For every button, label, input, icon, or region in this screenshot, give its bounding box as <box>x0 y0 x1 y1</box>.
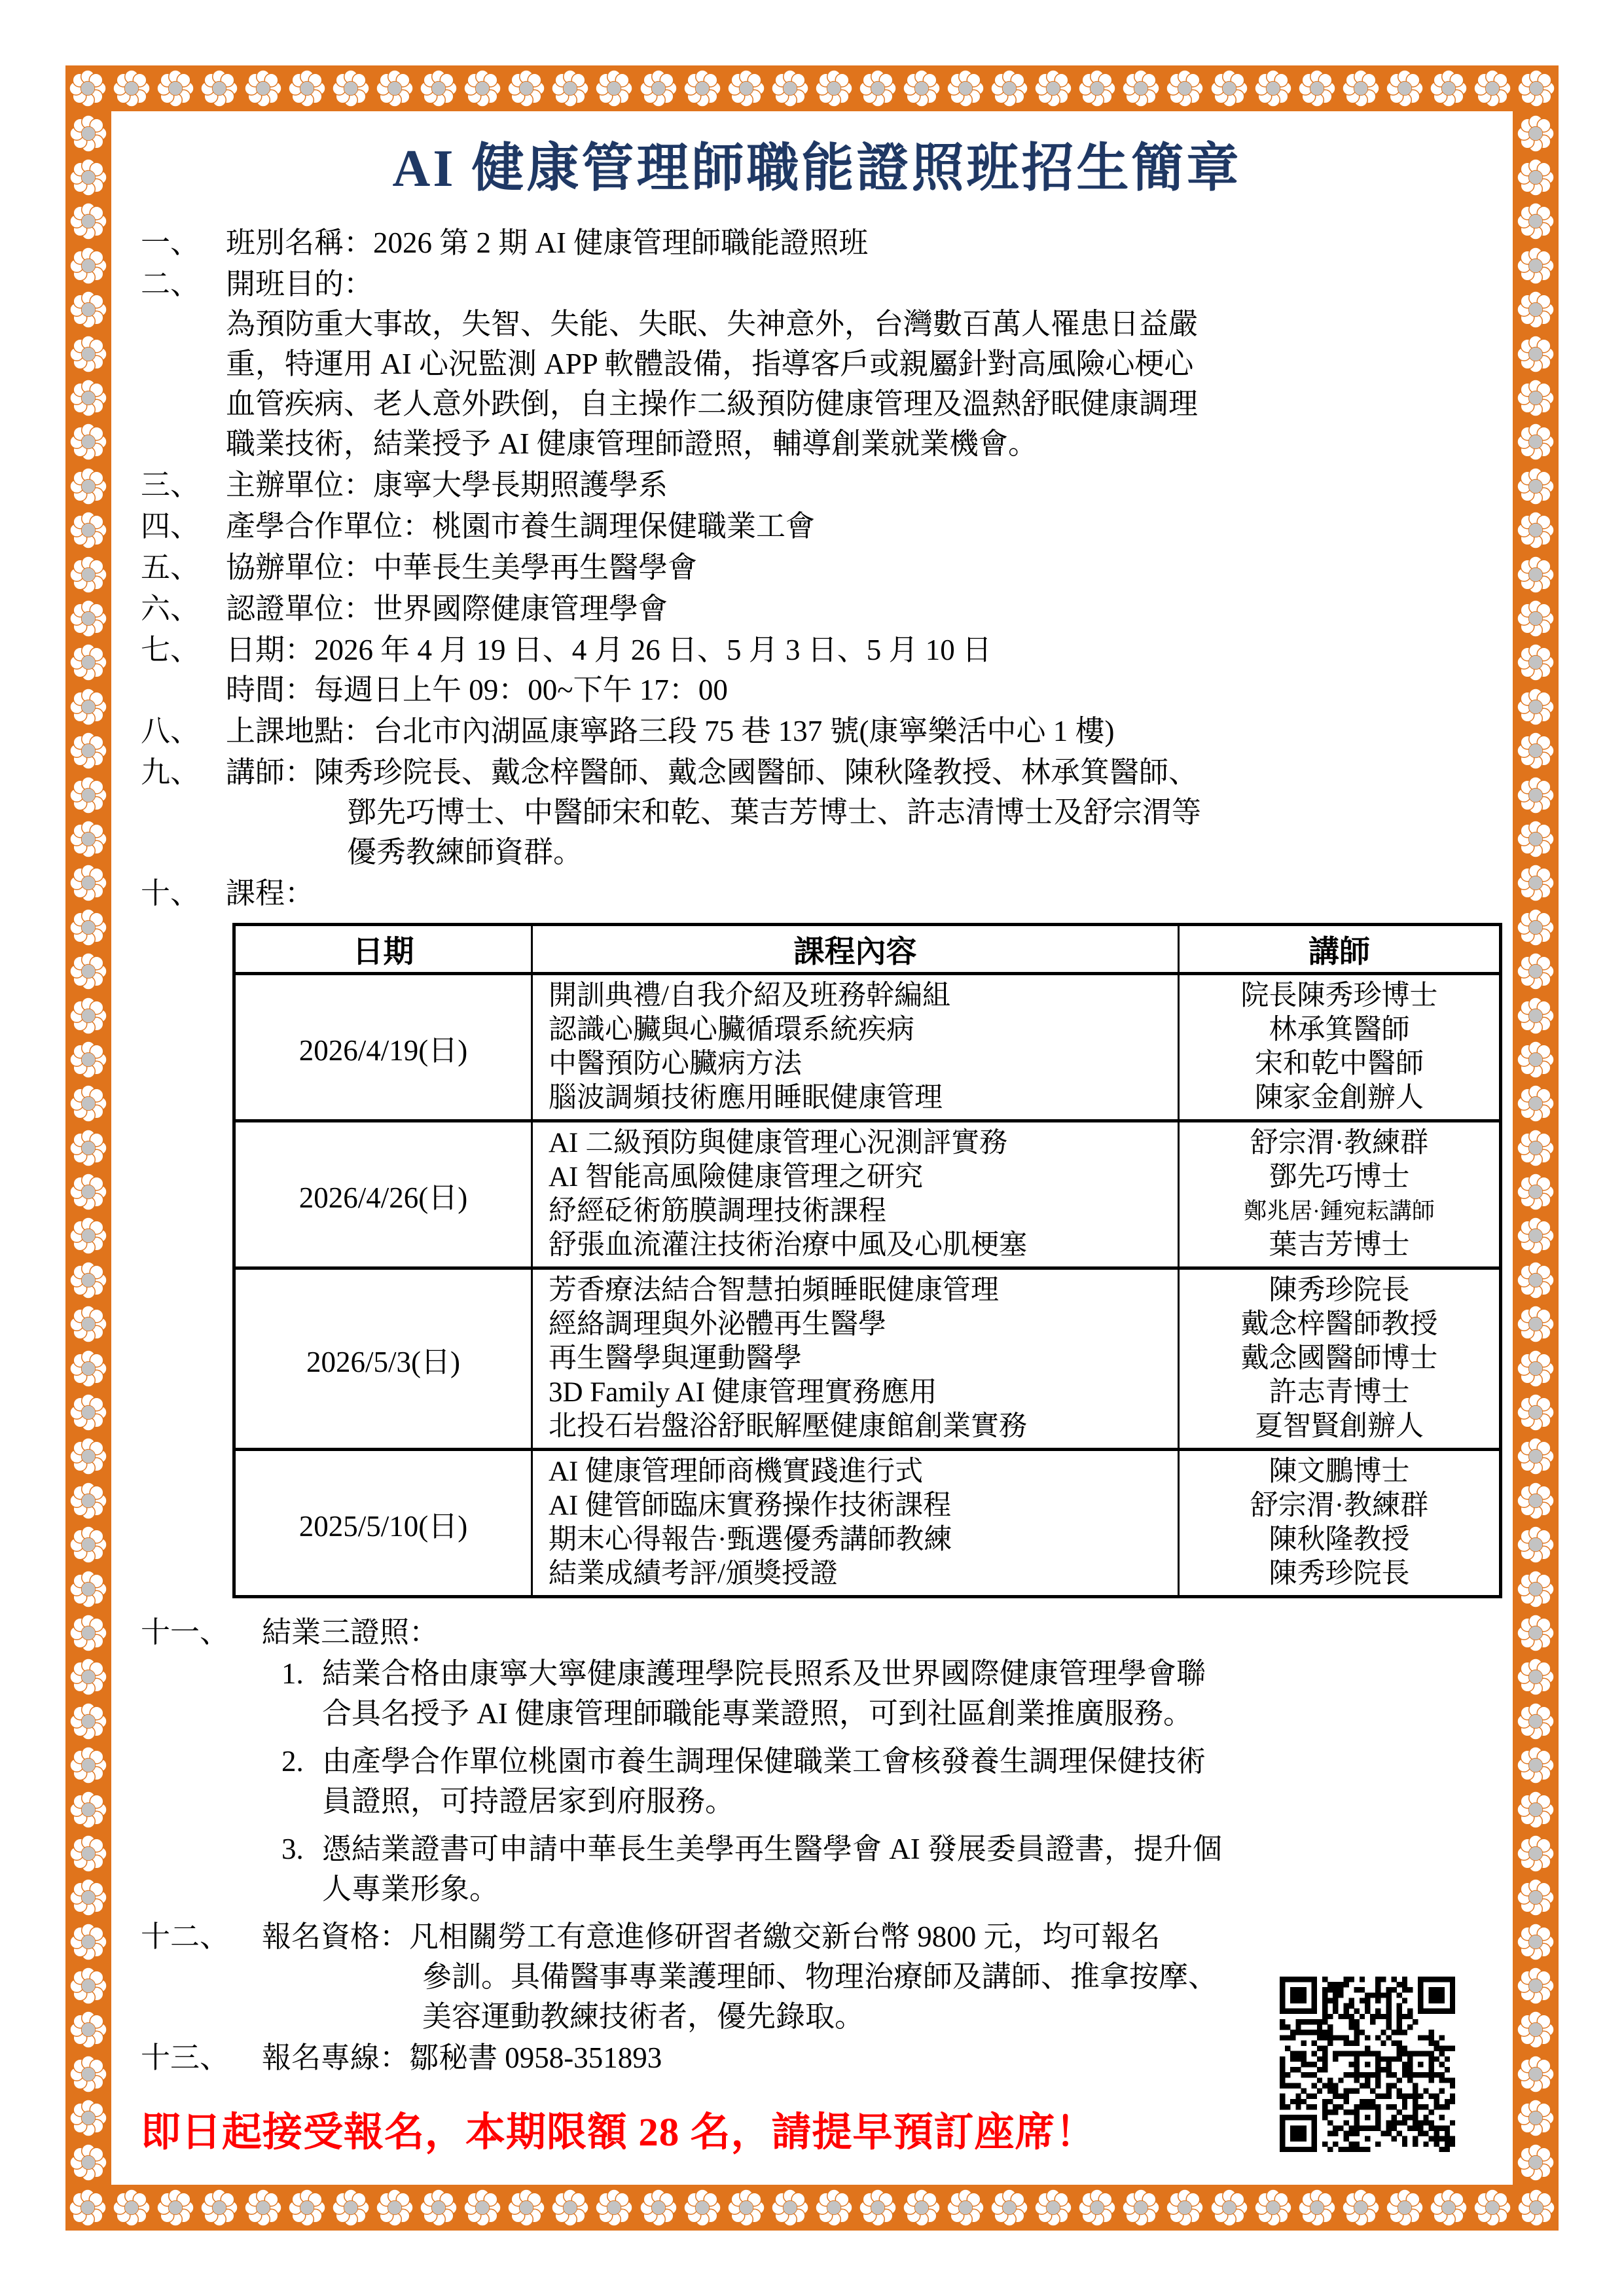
flower-icon <box>1517 1262 1554 1299</box>
decorative-border-top <box>65 65 1559 111</box>
flower-icon <box>1517 1615 1554 1651</box>
flower-icon <box>1474 2189 1511 2226</box>
item-continuation: 血管疾病、老人意外跌倒，自主操作二級預防健康管理及溫熱舒眠健康調理 <box>226 384 1493 424</box>
flower-icon <box>1517 953 1554 990</box>
flower-icon <box>70 380 107 416</box>
item-number: 十、 <box>141 874 226 914</box>
flower-icon <box>1079 70 1115 107</box>
flower-icon <box>552 2189 588 2226</box>
item-text: 產學合作單位：桃園市養生調理保健職業工會 <box>226 507 1493 547</box>
flower-icon <box>1299 2189 1335 2226</box>
flower-icon <box>1517 821 1554 857</box>
flower-icon <box>1517 1879 1554 1916</box>
list-item: 二、開班目的：為預防重大事故，失智、失能、失眠、失神意外，台灣數百萬人罹患日益嚴… <box>141 264 1493 464</box>
item-text: 開班目的： <box>226 264 1493 304</box>
flower-icon <box>70 247 107 284</box>
registration-qr-code <box>1280 1977 1455 2152</box>
flower-icon <box>1517 1967 1554 2004</box>
item-continuation: 鄧先巧博士、中醫師宋和乾、葉吉芳博士、許志清博士及舒宗渭等 <box>347 793 1493 833</box>
flower-icon <box>859 70 896 107</box>
course-content: AI 健康管理師商機實踐進行式AI 健管師臨床實務操作技術課程期末心得報告·甄選… <box>532 1450 1179 1597</box>
certificate-item-number: 3. <box>281 1829 322 1909</box>
flower-icon <box>70 1350 107 1387</box>
list-item: 五、協辦單位：中華長生美學再生醫學會 <box>141 548 1493 588</box>
flower-icon <box>201 2189 238 2226</box>
flower-icon <box>157 2189 194 2226</box>
item-text: 主辦單位：康寧大學長期照護學系 <box>226 465 1493 505</box>
flower-icon <box>113 70 150 107</box>
flower-icon <box>1518 2189 1555 2226</box>
flower-icon <box>1517 2011 1554 2048</box>
flower-icon <box>903 2189 940 2226</box>
flower-icon <box>859 2189 896 2226</box>
flower-icon <box>1211 70 1248 107</box>
flower-icon <box>70 1394 107 1431</box>
flower-icon <box>1517 115 1554 152</box>
course-schedule-table: 日期 課程內容 講師 2026/4/19(日)開訓典禮/自我介紹及班務幹編組認識… <box>232 923 1502 1598</box>
item-text: 班別名稱：2026 第 2 期 AI 健康管理師職能證照班 <box>226 223 1493 263</box>
flower-icon <box>70 1526 107 1563</box>
flower-icon <box>1517 159 1554 196</box>
flower-icon <box>1517 1659 1554 1695</box>
item-text: 講師：陳秀珍院長、戴念梓醫師、戴念國醫師、陳秋隆教授、林承箕醫師、 <box>226 753 1493 793</box>
item-number: 一、 <box>141 223 226 263</box>
flower-icon <box>1517 1924 1554 1960</box>
flower-icon <box>1517 600 1554 637</box>
table-row: 2026/4/19(日)開訓典禮/自我介紹及班務幹編組認識心臟與心臟循環系統疾病… <box>234 974 1501 1121</box>
flower-icon <box>70 1967 107 2004</box>
flower-icon <box>1517 556 1554 593</box>
flower-icon <box>1517 1217 1554 1254</box>
flower-icon <box>70 2144 107 2181</box>
flower-icon <box>1517 1482 1554 1519</box>
item-continuation: 重，特運用 AI 心況監測 APP 軟體設備，指導客戶或親屬針對高風險心梗心 <box>226 344 1493 384</box>
flower-icon <box>552 70 588 107</box>
flower-icon <box>70 600 107 637</box>
flower-icon <box>464 2189 501 2226</box>
item-number: 十一、 <box>141 1613 262 1653</box>
flower-icon <box>245 2189 281 2226</box>
flower-icon <box>70 821 107 857</box>
flower-icon <box>1517 732 1554 769</box>
flower-icon <box>1517 689 1554 725</box>
flower-icon <box>1517 1571 1554 1607</box>
list-item: 四、產學合作單位：桃園市養生調理保健職業工會 <box>141 507 1493 547</box>
item-text: 協辦單位：中華長生美學再生醫學會 <box>226 548 1493 588</box>
item-number: 三、 <box>141 465 226 505</box>
flower-icon <box>1079 2189 1115 2226</box>
flower-icon <box>70 1747 107 1784</box>
flower-icon <box>70 865 107 901</box>
flower-icon <box>1255 2189 1291 2226</box>
flower-icon <box>816 2189 852 2226</box>
item-continuation: 職業技術，結業授予 AI 健康管理師證照，輔導創業就業機會。 <box>226 424 1493 464</box>
flower-icon <box>1386 2189 1423 2226</box>
flower-icon <box>1517 1526 1554 1563</box>
flower-icon <box>1211 2189 1248 2226</box>
flower-icon <box>640 70 677 107</box>
flower-icon <box>1517 997 1554 1034</box>
list-item: 十一、結業三證照：1.結業合格由康寧大寧健康護理學院長照系及世界國際健康管理學會… <box>141 1613 1493 1909</box>
flower-icon <box>1123 2189 1159 2226</box>
item-number: 八、 <box>141 711 226 751</box>
course-teachers: 舒宗渭·教練群鄧先巧博士鄭兆居·鍾宛耘講師葉吉芳博士 <box>1179 1121 1501 1268</box>
flower-icon <box>991 2189 1028 2226</box>
flower-icon <box>113 2189 150 2226</box>
decorative-border-bottom <box>65 2185 1559 2231</box>
flower-icon <box>1517 247 1554 284</box>
flower-icon <box>1517 1350 1554 1387</box>
flower-icon <box>70 291 107 328</box>
flower-icon <box>70 2100 107 2136</box>
flower-icon <box>772 70 808 107</box>
column-header-content: 課程內容 <box>532 925 1179 974</box>
table-header-row: 日期 課程內容 講師 <box>234 925 1501 974</box>
flower-icon <box>70 1438 107 1475</box>
list-item: 七、日期：2026 年 4 月 19 日、4 月 26 日、5 月 3 日、5 … <box>141 630 1493 710</box>
item-continuation: 時間：每週日上午 09：00~下午 17：00 <box>226 670 1493 710</box>
flower-icon <box>1517 777 1554 814</box>
item-number: 五、 <box>141 548 226 588</box>
flower-icon <box>1517 1791 1554 1828</box>
flower-icon <box>1343 70 1379 107</box>
flower-icon <box>333 70 369 107</box>
flower-icon <box>70 689 107 725</box>
flower-icon <box>1255 70 1291 107</box>
flower-icon <box>1517 512 1554 548</box>
flower-icon <box>201 70 238 107</box>
flower-icon <box>1517 468 1554 505</box>
flower-icon <box>70 909 107 946</box>
flower-icon <box>1517 2100 1554 2136</box>
course-content: 開訓典禮/自我介紹及班務幹編組認識心臟與心臟循環系統疾病中醫預防心臟病方法腦波調… <box>532 974 1179 1121</box>
flower-icon <box>70 644 107 681</box>
course-teachers: 陳文鵬博士舒宗渭·教練群陳秋隆教授陳秀珍院長 <box>1179 1450 1501 1597</box>
item-text: 上課地點：台北市內湖區康寧路三段 75 巷 137 號(康寧樂活中心 1 樓) <box>226 711 1493 751</box>
flower-icon <box>1517 380 1554 416</box>
flower-icon <box>70 1041 107 1078</box>
item-text: 認證單位：世界國際健康管理學會 <box>226 589 1493 629</box>
item-number: 九、 <box>141 753 226 793</box>
flower-icon <box>1517 423 1554 460</box>
flower-icon <box>947 70 984 107</box>
item-number: 十三、 <box>141 2038 262 2078</box>
item-continuation: 為預防重大事故，失智、失能、失眠、失神意外，台灣數百萬人罹患日益嚴 <box>226 304 1493 344</box>
item-number: 二、 <box>141 264 226 304</box>
flower-icon <box>70 556 107 593</box>
table-row: 2025/5/10(日)AI 健康管理師商機實踐進行式AI 健管師臨床實務操作技… <box>234 1450 1501 1597</box>
flower-icon <box>376 70 413 107</box>
flower-icon <box>70 1703 107 1740</box>
flower-icon <box>1430 70 1467 107</box>
flower-icon <box>1517 291 1554 328</box>
flower-icon <box>70 1835 107 1872</box>
flower-icon <box>508 70 545 107</box>
flower-icon <box>70 423 107 460</box>
flower-icon <box>70 2011 107 2048</box>
flower-icon <box>464 70 501 107</box>
item-number: 十二、 <box>141 1917 262 1957</box>
flower-icon <box>1343 2189 1379 2226</box>
flower-icon <box>70 1571 107 1607</box>
flower-icon <box>1517 1085 1554 1122</box>
item-text: 日期：2026 年 4 月 19 日、4 月 26 日、5 月 3 日、5 月 … <box>226 630 1493 670</box>
flower-icon <box>70 1615 107 1651</box>
flower-icon <box>1035 70 1072 107</box>
flower-icon <box>596 2189 632 2226</box>
list-item: 九、講師：陳秀珍院長、戴念梓醫師、戴念國醫師、陳秋隆教授、林承箕醫師、鄧先巧博士… <box>141 753 1493 872</box>
flower-icon <box>1517 2144 1554 2181</box>
flower-icon <box>1123 70 1159 107</box>
flower-icon <box>70 1217 107 1254</box>
column-header-date: 日期 <box>234 925 532 974</box>
flower-icon <box>70 953 107 990</box>
certificate-item-text: 由產學合作單位桃園市養生調理保健職業工會核發養生調理保健技術員證照，可持證居家到… <box>322 1742 1493 1821</box>
course-content: AI 二級預防與健康管理心況測評實務AI 智能高風險健康管理之研究紓經砭術筋膜調… <box>532 1121 1179 1268</box>
flower-icon <box>289 2189 325 2226</box>
flower-icon <box>508 2189 545 2226</box>
certificate-item: 2.由產學合作單位桃園市養生調理保健職業工會核發養生調理保健技術員證照，可持證居… <box>281 1742 1493 1821</box>
certificate-item: 1.結業合格由康寧大寧健康護理學院長照系及世界國際健康管理學會聯合具名授予 AI… <box>281 1654 1493 1734</box>
item-text: 結業三證照： <box>262 1613 1493 1653</box>
course-date: 2026/4/19(日) <box>234 974 532 1121</box>
table-row: 2026/5/3(日)芳香療法結合智慧拍頻睡眠健康管理經絡調理與外泌體再生醫學再… <box>234 1268 1501 1450</box>
decorative-border-left <box>65 111 111 2185</box>
item-number: 六、 <box>141 589 226 629</box>
list-item: 三、主辦單位：康寧大學長期照護學系 <box>141 465 1493 505</box>
flower-icon <box>69 70 106 107</box>
flower-icon <box>816 70 852 107</box>
info-list: 一、班別名稱：2026 第 2 期 AI 健康管理師職能證照班二、開班目的：為預… <box>141 223 1493 914</box>
list-item: 八、上課地點：台北市內湖區康寧路三段 75 巷 137 號(康寧樂活中心 1 樓… <box>141 711 1493 751</box>
certificate-item-number: 1. <box>281 1654 322 1734</box>
flower-icon <box>70 1924 107 1960</box>
item-text: 課程： <box>226 874 1493 914</box>
flower-icon <box>420 70 457 107</box>
flower-icon <box>1386 70 1423 107</box>
certificate-item-text: 憑結業證書可申請中華長生美學再生醫學會 AI 發展委員證書，提升個人專業形象。 <box>322 1829 1493 1909</box>
flower-icon <box>69 2189 106 2226</box>
list-item: 一、班別名稱：2026 第 2 期 AI 健康管理師職能證照班 <box>141 223 1493 263</box>
flower-icon <box>640 2189 677 2226</box>
item-number: 七、 <box>141 630 226 670</box>
flower-icon <box>70 1085 107 1122</box>
flower-icon <box>596 70 632 107</box>
flower-icon <box>1517 1438 1554 1475</box>
flower-icon <box>1517 1306 1554 1342</box>
flower-icon <box>70 1130 107 1166</box>
flower-icon <box>947 2189 984 2226</box>
flower-icon <box>1430 2189 1467 2226</box>
flower-icon <box>1517 909 1554 946</box>
flower-icon <box>1166 70 1203 107</box>
flower-icon <box>70 468 107 505</box>
flower-icon <box>333 2189 369 2226</box>
flower-icon <box>70 1262 107 1299</box>
flower-icon <box>70 115 107 152</box>
course-teachers: 陳秀珍院長戴念梓醫師教授戴念國醫師博士許志青博士夏智賢創辦人 <box>1179 1268 1501 1450</box>
flower-icon <box>1474 70 1511 107</box>
flower-icon <box>70 512 107 548</box>
flower-icon <box>728 70 765 107</box>
flower-icon <box>1299 70 1335 107</box>
item-continuation: 優秀教練師資群。 <box>347 833 1493 872</box>
flyer-page: AI 健康管理師職能證照班招生簡章 一、班別名稱：2026 第 2 期 AI 健… <box>0 0 1624 2296</box>
flower-icon <box>991 70 1028 107</box>
flower-icon <box>1517 1394 1554 1431</box>
flower-icon <box>1517 1130 1554 1166</box>
flower-icon <box>70 1879 107 1916</box>
flower-icon <box>420 2189 457 2226</box>
flyer-content: AI 健康管理師職能證照班招生簡章 一、班別名稱：2026 第 2 期 AI 健… <box>111 111 1513 2157</box>
flower-icon <box>70 203 107 240</box>
flower-icon <box>772 2189 808 2226</box>
flower-icon <box>728 2189 765 2226</box>
flower-icon <box>1517 336 1554 372</box>
flower-icon <box>1517 2056 1554 2092</box>
flower-icon <box>157 70 194 107</box>
flower-icon <box>1517 1703 1554 1740</box>
flower-icon <box>70 1791 107 1828</box>
course-date: 2026/4/26(日) <box>234 1121 532 1268</box>
flower-icon <box>1517 1174 1554 1210</box>
column-header-teacher: 講師 <box>1179 925 1501 974</box>
course-content: 芳香療法結合智慧拍頻睡眠健康管理經絡調理與外泌體再生醫學再生醫學與運動醫學3D … <box>532 1268 1179 1450</box>
flower-icon <box>70 1306 107 1342</box>
decorative-border-right <box>1513 111 1559 2185</box>
flower-icon <box>1517 865 1554 901</box>
flower-icon <box>1517 1835 1554 1872</box>
flower-icon <box>1517 644 1554 681</box>
flower-icon <box>1517 203 1554 240</box>
certificate-item-number: 2. <box>281 1742 322 1821</box>
flower-icon <box>289 70 325 107</box>
flower-icon <box>1035 2189 1072 2226</box>
flower-icon <box>245 70 281 107</box>
flower-icon <box>1517 1747 1554 1784</box>
certificate-item-text: 結業合格由康寧大寧健康護理學院長照系及世界國際健康管理學會聯合具名授予 AI 健… <box>322 1654 1493 1734</box>
flower-icon <box>684 70 721 107</box>
item-text: 報名資格：凡相關勞工有意進修研習者繳交新台幣 9800 元，均可報名 <box>262 1917 1493 1957</box>
flower-icon <box>70 336 107 372</box>
certificate-item: 3.憑結業證書可申請中華長生美學再生醫學會 AI 發展委員證書，提升個人專業形象… <box>281 1829 1493 1909</box>
course-date: 2025/5/10(日) <box>234 1450 532 1597</box>
flower-icon <box>903 70 940 107</box>
flower-icon <box>70 1482 107 1519</box>
flower-icon <box>1166 2189 1203 2226</box>
flower-icon <box>376 2189 413 2226</box>
flower-icon <box>70 732 107 769</box>
table-row: 2026/4/26(日)AI 二級預防與健康管理心況測評實務AI 智能高風險健康… <box>234 1121 1501 1268</box>
flower-icon <box>70 1659 107 1695</box>
flower-icon <box>684 2189 721 2226</box>
course-date: 2026/5/3(日) <box>234 1268 532 1450</box>
page-title: AI 健康管理師職能證照班招生簡章 <box>141 126 1493 201</box>
flower-icon <box>70 997 107 1034</box>
flower-icon <box>70 1174 107 1210</box>
flower-icon <box>1517 1041 1554 1078</box>
flower-icon <box>1518 70 1555 107</box>
item-number: 四、 <box>141 507 226 547</box>
course-teachers: 院長陳秀珍博士林承箕醫師宋和乾中醫師陳家金創辦人 <box>1179 974 1501 1121</box>
list-item: 十、課程： <box>141 874 1493 914</box>
flower-icon <box>70 2056 107 2092</box>
list-item: 六、認證單位：世界國際健康管理學會 <box>141 589 1493 629</box>
flower-icon <box>70 777 107 814</box>
flower-icon <box>70 159 107 196</box>
